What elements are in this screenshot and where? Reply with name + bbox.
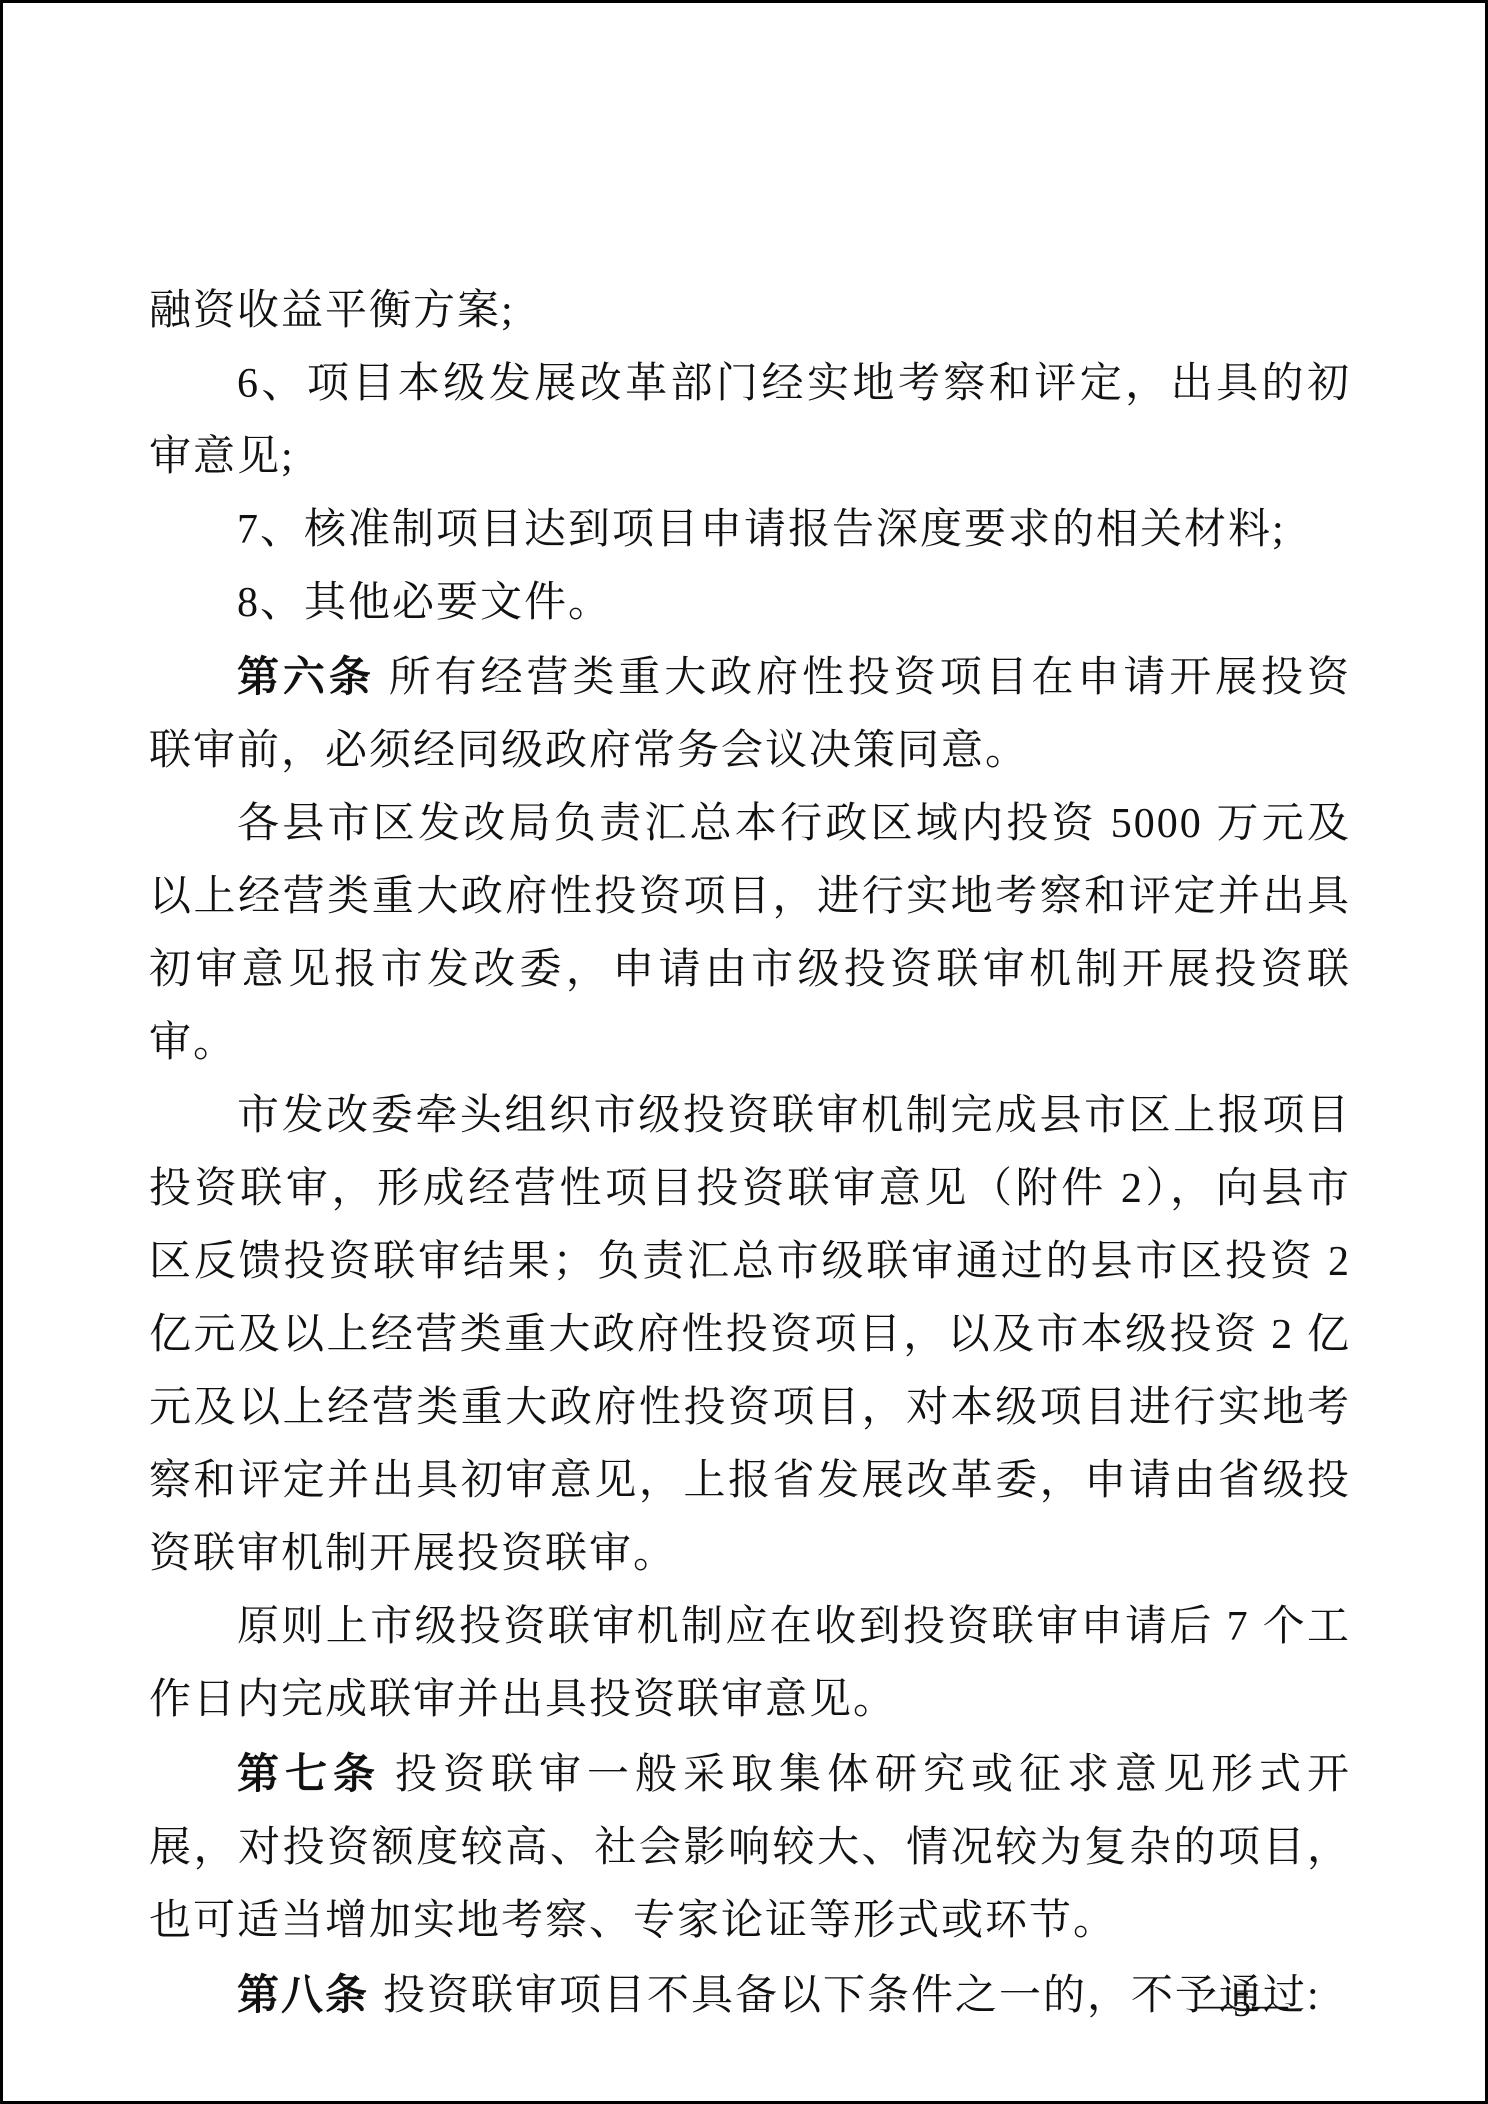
article-number: 第七条 (237, 1750, 381, 1797)
article-number: 第六条 (237, 653, 375, 700)
paragraph: 各县市区发改局负责汇总本行政区域内投资 5000 万元及以上经营类重大政府性投资… (149, 788, 1351, 1080)
document-body: 融资收益平衡方案;6、项目本级发展改革部门经实地考察和评定，出具的初审意见;7、… (149, 275, 1351, 2033)
page-number: —5— (1196, 1983, 1289, 2025)
paragraph: 第八条投资联审项目不具备以下条件之一的，不予通过: (149, 1958, 1351, 2033)
paragraph: 原则上市级投资联审机制应在收到投资联审申请后 7 个工作日内完成联审并出具投资联… (149, 1591, 1351, 1737)
document-page: 融资收益平衡方案;6、项目本级发展改革部门经实地考察和评定，出具的初审意见;7、… (0, 0, 1488, 2104)
article-number: 第八条 (237, 1971, 369, 2018)
paragraph: 融资收益平衡方案; (149, 275, 1351, 348)
paragraph: 8、其他必要文件。 (149, 567, 1351, 640)
paragraph: 市发改委牵头组织市级投资联审机制完成县市区上报项目投资联审，形成经营性项目投资联… (149, 1080, 1351, 1591)
paragraph: 第七条投资联审一般采取集体研究或征求意见形式开展，对投资额度较高、社会影响较大、… (149, 1737, 1351, 1958)
paragraph: 第六条所有经营类重大政府性投资项目在申请开展投资联审前，必须经同级政府常务会议决… (149, 640, 1351, 788)
paragraph: 6、项目本级发展改革部门经实地考察和评定，出具的初审意见; (149, 348, 1351, 494)
paragraph: 7、核准制项目达到项目申请报告深度要求的相关材料; (149, 494, 1351, 567)
